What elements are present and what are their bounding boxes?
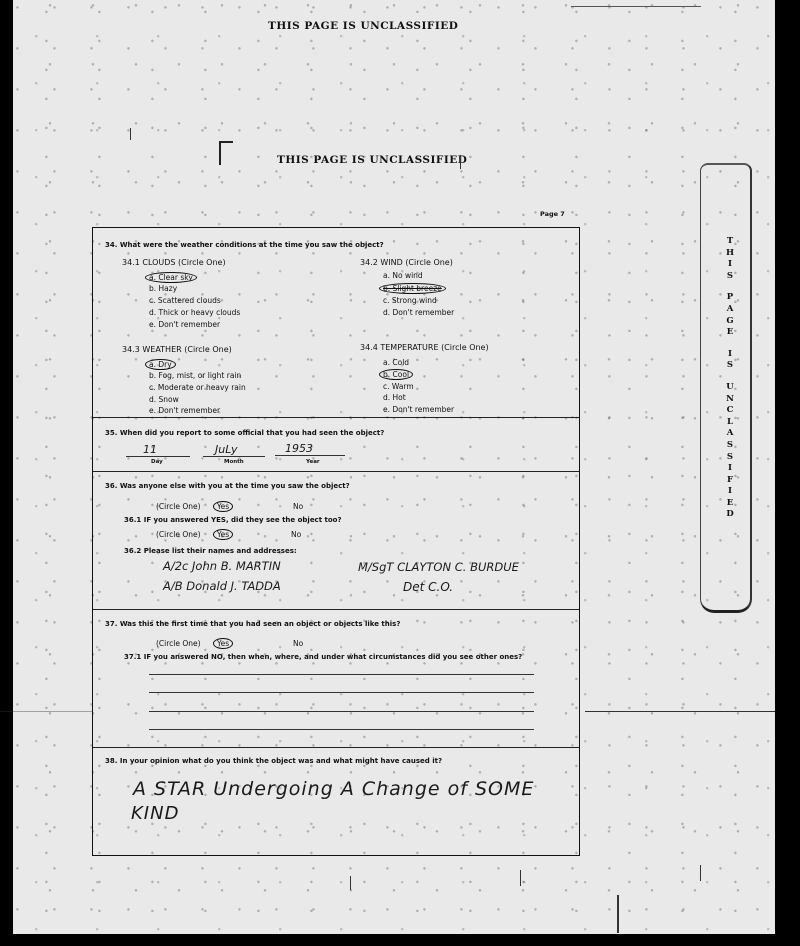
side-classification-stamp: T H I S P A G E I S U N C L A S S I F I … xyxy=(724,236,736,521)
circle-one-label: (Circle One) xyxy=(156,502,201,511)
report-day-value[interactable]: 11 xyxy=(143,443,157,456)
answer-line[interactable] xyxy=(149,729,534,730)
year-line xyxy=(275,455,345,456)
clouds-heading: 34.1 CLOUDS (Circle One) xyxy=(122,258,226,267)
question-35: 35. When did you report to some official… xyxy=(105,429,384,437)
witness-name: A/B Donald J. TADDA xyxy=(163,579,281,593)
weather-option[interactable]: d. Snow xyxy=(149,395,179,404)
wind-option[interactable]: d. Don't remember xyxy=(383,308,454,317)
page-number: Page 7 xyxy=(540,210,565,218)
answer-line[interactable] xyxy=(149,711,534,712)
question-38: 38. In your opinion what do you think th… xyxy=(105,757,442,765)
answer-line[interactable] xyxy=(149,692,534,693)
weather-option[interactable]: c. Moderate or heavy rain xyxy=(149,383,246,392)
scan-mark xyxy=(130,128,131,140)
temperature-option[interactable]: c. Warm xyxy=(383,382,414,391)
no-option[interactable]: No xyxy=(293,639,303,648)
question-36-2: 36.2 Please list their names and address… xyxy=(124,547,297,555)
day-line xyxy=(126,456,190,457)
clouds-option[interactable]: b. Hazy xyxy=(149,284,177,293)
yes-option[interactable]: Yes xyxy=(217,502,233,511)
questionnaire-form: 34. What were the weather conditions at … xyxy=(92,227,580,856)
weather-heading: 34.3 WEATHER (Circle One) xyxy=(122,345,232,354)
scan-mark xyxy=(0,711,92,712)
weather-option[interactable]: b. Fog, mist, or light rain xyxy=(149,371,241,380)
section-38: 38. In your opinion what do you think th… xyxy=(93,748,579,857)
wind-heading: 34.2 WIND (Circle One) xyxy=(360,258,453,267)
section-35: 35. When did you report to some official… xyxy=(93,418,579,472)
report-year-value[interactable]: 1953 xyxy=(285,442,313,455)
section-34: 34. What were the weather conditions at … xyxy=(93,228,579,418)
scan-mark xyxy=(585,711,775,712)
top-rule xyxy=(571,6,701,7)
classification-stamp-top: THIS PAGE IS UNCLASSIFIED xyxy=(268,20,458,32)
weather-option[interactable]: a. Dry xyxy=(149,360,176,369)
witness-name: A/2c John B. MARTIN xyxy=(163,559,281,573)
opinion-answer-line2: KIND xyxy=(131,803,179,824)
section-36: 36. Was anyone else with you at the time… xyxy=(93,472,579,610)
scan-mark xyxy=(350,876,351,890)
no-option[interactable]: No xyxy=(293,502,303,511)
no-option[interactable]: No xyxy=(291,530,301,539)
question-37: 37. Was this the first time that you had… xyxy=(105,620,400,628)
witness-name: Det C.O. xyxy=(403,580,453,594)
question-37-1: 37.1 IF you answered NO, then when, wher… xyxy=(124,653,522,661)
year-label: Year xyxy=(306,459,320,465)
report-month-value[interactable]: JuLy xyxy=(215,443,237,456)
scan-mark xyxy=(520,870,521,886)
month-line xyxy=(203,456,265,457)
answer-line[interactable] xyxy=(149,674,534,675)
scan-mark xyxy=(617,895,619,933)
clouds-option[interactable]: e. Don't remember xyxy=(149,320,220,329)
bracket-mark xyxy=(219,141,233,165)
day-label: Day xyxy=(151,459,163,465)
circle-one-label: (Circle One) xyxy=(156,639,201,648)
classification-stamp-mid: THIS PAGE IS UNCLASSIFIED xyxy=(277,154,467,166)
question-34: 34. What were the weather conditions at … xyxy=(105,241,384,249)
clouds-option[interactable]: a. Clear sky xyxy=(149,273,197,282)
clouds-option[interactable]: c. Scattered clouds xyxy=(149,296,221,305)
wind-option[interactable]: c. Strong wind xyxy=(383,296,437,305)
weather-option[interactable]: e. Don't remember xyxy=(149,406,220,415)
temperature-heading: 34.4 TEMPERATURE (Circle One) xyxy=(360,343,489,352)
question-36: 36. Was anyone else with you at the time… xyxy=(105,482,350,490)
yes-option[interactable]: Yes xyxy=(217,530,233,539)
question-36-1: 36.1 IF you answered YES, did they see t… xyxy=(124,516,342,524)
wind-option[interactable]: a. No wind xyxy=(383,271,423,280)
scan-mark xyxy=(700,865,701,881)
temperature-option[interactable]: b. Cool xyxy=(383,370,413,379)
section-37: 37. Was this the first time that you had… xyxy=(93,610,579,748)
clouds-option[interactable]: d. Thick or heavy clouds xyxy=(149,308,240,317)
scan-mark xyxy=(460,155,461,169)
temperature-option[interactable]: d. Hot xyxy=(383,393,406,402)
month-label: Month xyxy=(224,459,244,465)
opinion-answer-line1: A STAR Undergoing A Change of SOME xyxy=(133,778,534,800)
temperature-option[interactable]: a. Cold xyxy=(383,358,409,367)
wind-option[interactable]: b. Slight breeze xyxy=(383,284,446,293)
yes-option[interactable]: Yes xyxy=(217,639,233,648)
witness-name: M/SgT CLAYTON C. BURDUE xyxy=(358,560,519,574)
circle-one-label: (Circle One) xyxy=(156,530,201,539)
temperature-option[interactable]: e. Don't remember xyxy=(383,405,454,414)
